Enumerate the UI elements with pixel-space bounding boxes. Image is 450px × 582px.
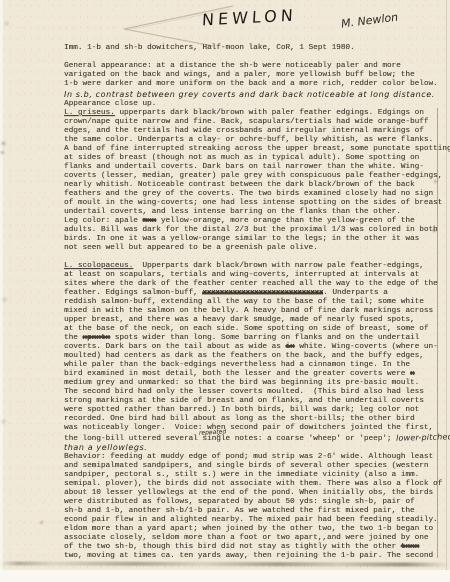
handwritten-insertion: repeated (199, 428, 227, 436)
text-line: of the two sh-b, though this bird did no… (64, 543, 450, 552)
typed-text: undertail coverts, and less intense barr… (64, 208, 401, 216)
l-griseus: L. griseus. upperparts dark black/brown … (64, 109, 450, 253)
text-line: mixed in with the salmon on the belly. A… (64, 307, 450, 316)
typed-text: upperparts dark black/brown with paler f… (115, 109, 424, 117)
text-line: econd pair flew in and alighted nearby. … (64, 516, 450, 525)
typed-text: birds. In one it was a yellow-orange sim… (64, 235, 419, 243)
strike-text: xpxxtx (82, 334, 110, 342)
typed-text: A band of fine interrupted streaking acr… (64, 145, 450, 153)
typed-document: Imm. 1-b and sh-b dowitchers, Half-moon … (64, 44, 450, 561)
text-line: edges, and the tertials had wide crossba… (64, 127, 450, 136)
scan-fold-line (437, 108, 438, 558)
typed-text: about 10 lesser yellowlegs at the end of… (64, 489, 433, 497)
strike-text: txxx (401, 543, 419, 551)
typed-text: associate closely, seldom more than a fo… (64, 534, 428, 542)
typed-text: econd pair flew in and alighted nearby. … (64, 516, 438, 524)
typed-text: semipal. plover), the birds did not asso… (64, 480, 442, 488)
text-line: not seen well but appeared to be a green… (64, 244, 450, 253)
typed-text: coverts. Dark bars on the tail about as … (64, 343, 285, 351)
typed-text: of moult in the wing-coverts; one had le… (64, 199, 442, 207)
text-line: birds. In one it was a yellow-orange sim… (64, 235, 450, 244)
handwritten-name-header: NEWLON (202, 5, 298, 29)
typed-text: moulted) had centers as dark as the feat… (64, 352, 424, 360)
typed-text: coverts (lesser, median, greater) pale g… (64, 172, 442, 180)
general-appearance: General appearance: at a distance the sh… (64, 62, 450, 109)
typed-text: the same color. Underparts a clay- or oc… (64, 136, 433, 144)
text-line: L. griseus. upperparts dark black/brown … (64, 109, 450, 118)
typed-text: Upperparts dark black/brown with narrow … (133, 262, 424, 270)
text-line: undertail coverts, and less intense barr… (64, 208, 450, 217)
typed-text: varigated on the back and wings, and a p… (64, 71, 415, 79)
paper-page: NEWLON M. Newlon Imm. 1-b and sh-b dowit… (0, 0, 450, 570)
text-line: Leg color: apale mxx yellow-orange, more… (64, 217, 450, 226)
text-line: at sides of breast (though not as much a… (64, 154, 450, 163)
typed-text: two, moving at times ca. ten yards away,… (64, 552, 433, 560)
insertion-caret-mark: ^ (216, 434, 221, 441)
text-line: nearly whitish. Noticeable contrast betw… (64, 181, 450, 190)
text-line: eldom more than a yard apart; when joine… (64, 525, 450, 534)
typed-text: at sides of breast (though not as much a… (64, 154, 419, 162)
text-line: of moult in the wing-coverts; one had le… (64, 199, 450, 208)
strike-text: mxx (142, 217, 156, 225)
text-line: the long-bill uttered several single not… (64, 433, 450, 442)
text-line: sandpiper, pectoral s., stilt s.) were i… (64, 471, 450, 480)
typed-text: of the two sh-b, though this bird did no… (64, 543, 401, 551)
text-line: medium grey and unmarked: so that the bi… (64, 379, 450, 388)
text-line: semipal. plover), the birds did not asso… (64, 480, 450, 489)
typed-text: The second bird had only the lesser cove… (64, 388, 424, 396)
text-line: crown/nape quite narrow and fine. Back, … (64, 118, 450, 127)
hand-text: than a yellowlegs. (64, 443, 147, 452)
typed-text: adults. Bill was dark for the distal 2/3… (64, 226, 438, 234)
text-line: the same color. Underparts a clay- or oc… (64, 136, 450, 145)
l-scolopaceus: L. scolopaceus. Upperparts dark black/br… (64, 262, 450, 453)
text-line: two, moving at times ca. ten yards away,… (64, 552, 450, 561)
text-line: General appearance: at a distance the sh… (64, 62, 450, 71)
typed-text: feather. Edgings salmon-buff, (64, 289, 202, 297)
text-line: feathers and the grey of the coverts. Th… (64, 190, 450, 199)
text-line: were spotted rather than barred.) In bot… (64, 406, 450, 415)
typed-text: sh-b and 1-b, another sh-b/1-b pair. As … (64, 507, 415, 515)
text-line: and semipalmated sandpipers, and single … (64, 462, 450, 471)
text-line: at least on scapulars, tertials and wing… (64, 271, 450, 280)
text-line: coverts (lesser, median, greater) pale g… (64, 172, 450, 181)
text-line: associate closely, seldom more than a fo… (64, 534, 450, 543)
typed-text: at least on scapulars, tertials and wing… (64, 271, 419, 279)
text-line: adults. Bill was dark for the distal 2/3… (64, 226, 450, 235)
typed-text: . Underparts a (323, 289, 388, 297)
text-line: recorded. One bird had bill about as lon… (64, 415, 450, 424)
typed-text: General appearance: at a distance the sh… (64, 62, 401, 70)
title-line: Imm. 1-b and sh-b dowitchers, Half-moon … (64, 44, 450, 53)
typed-text: white. Wing-coverts (where un- (295, 343, 438, 351)
typed-text: at the base of the neck, on each side. S… (64, 325, 428, 333)
behavior: Behavior: feeding at muddy edge of pond;… (64, 453, 450, 561)
text-line: about 10 lesser yellowlegs at the end of… (64, 489, 450, 498)
typed-text: was noticeably longer. Voice: when secon… (64, 424, 433, 432)
typed-text: reddish salmon-buff, extending all the w… (64, 298, 424, 306)
text-line: at the base of the neck, on each side. S… (64, 325, 450, 334)
typed-text: the long-bill uttered several single not… (64, 435, 396, 443)
text-line: The second bird had only the lesser cove… (64, 388, 450, 397)
typed-text: mixed in with the salmon on the belly. A… (64, 307, 433, 315)
typed-text: Appearance close up. (64, 100, 156, 108)
typed-text: edges, and the tertials had wide crossba… (64, 127, 424, 135)
typed-text: recorded. One bird had bill about as lon… (64, 415, 415, 423)
typed-text: medium grey and unmarked: so that the bi… (64, 379, 419, 387)
typed-text: yellow-orange, more orange than the yell… (156, 217, 414, 225)
typed-text: 1-b were darker and more uniform on the … (64, 80, 438, 88)
typed-text: were distributed as follows, separated b… (64, 498, 415, 506)
typed-text: were spotted rather than barred.) In bot… (64, 406, 419, 414)
typed-text: while paler than the back-edgings nevert… (64, 361, 410, 369)
text-line: bird examined in most detail, both the l… (64, 370, 450, 379)
text-line: feather. Edgings salmon-buff, xxxxxxxxxx… (64, 289, 450, 298)
typed-text: Behavior: feeding at muddy edge of pond;… (64, 453, 433, 461)
text-line: In s.b, contrast between grey coverts an… (64, 90, 450, 100)
scanned-document: NEWLON M. Newlon Imm. 1-b and sh-b dowit… (0, 0, 450, 582)
text-line: flanks and undertail coverts. Dark bars … (64, 163, 450, 172)
typed-text: spots wider than long. Some barring on f… (110, 334, 419, 342)
hand-inline-text: lower-pitched (396, 432, 450, 442)
text-line: Imm. 1-b and sh-b dowitchers, Half-moon … (64, 44, 450, 53)
text-line: strong markings at the side of breast an… (64, 397, 450, 406)
text-line: sites where the dark of the feather cent… (64, 280, 450, 289)
handwritten-signature: M. Newlon (340, 11, 398, 31)
text-line: than a yellowlegs. (64, 443, 450, 453)
typed-text: Leg color: apale (64, 217, 142, 225)
typed-text: bird examined in most detail, both the l… (64, 370, 410, 378)
typed-text: flanks and undertail coverts. Dark bars … (64, 163, 424, 171)
typed-text: upper breast, and there was a heavy dark… (64, 316, 415, 324)
underline-text: L. scolopaceus. (64, 262, 133, 270)
typed-text: crown/nape quite narrow and fine. Back, … (64, 118, 428, 126)
text-line: varigated on the back and wings, and a p… (64, 71, 450, 80)
typed-text: sandpiper, pectoral s., stilt s.) were i… (64, 471, 419, 479)
page-edge-line (446, 0, 447, 570)
text-line: upper breast, and there was a heavy dark… (64, 316, 450, 325)
text-line: 1-b were darker and more uniform on the … (64, 80, 450, 89)
text-line: reddish salmon-buff, extending all the w… (64, 298, 450, 307)
typed-text: nearly whitish. Noticeable contrast betw… (64, 181, 415, 189)
typed-text: Imm. 1-b and sh-b dowitchers, Half-moon … (64, 44, 355, 52)
scan-edge-strip (0, 0, 3, 570)
text-line: while paler than the back-edgings nevert… (64, 361, 450, 370)
text-line: moulted) had centers as dark as the feat… (64, 352, 450, 361)
text-line: sh-b and 1-b, another sh-b/1-b pair. As … (64, 507, 450, 516)
text-line: the xpxxtx spots wider than long. Some b… (64, 334, 450, 343)
text-line: were distributed as follows, separated b… (64, 498, 450, 507)
text-line: Appearance close up. (64, 100, 450, 109)
typed-text: the (64, 334, 82, 342)
strike-text: ix (285, 343, 294, 351)
typed-text: and semipalmated sandpipers, and single … (64, 462, 428, 470)
text-line: L. scolopaceus. Upperparts dark black/br… (64, 262, 450, 271)
text-line: Behavior: feeding at muddy edge of pond;… (64, 453, 450, 462)
underline-text: L. griseus. (64, 109, 115, 117)
typed-text: not seen well but appeared to be a green… (64, 244, 318, 252)
text-line: was noticeably longer. Voice: when secon… (64, 424, 450, 433)
hand-text: In s.b, contrast between grey coverts an… (64, 90, 435, 99)
typed-text: feathers and the grey of the coverts. Th… (64, 190, 433, 198)
strike-text: x (410, 370, 415, 378)
text-line: coverts. Dark bars on the tail about as … (64, 343, 450, 352)
text-line: A band of fine interrupted streaking acr… (64, 145, 450, 154)
typed-text: sites where the dark of the feather cent… (64, 280, 438, 288)
scan-bottom-smudge (0, 561, 450, 566)
typed-text: strong markings at the side of breast an… (64, 397, 424, 405)
typed-text: eldom more than a yard apart; when joine… (64, 525, 433, 533)
blackout-text: xxxxxxxxxxxxxxxxxxxxxxxxxxxx (202, 289, 323, 297)
